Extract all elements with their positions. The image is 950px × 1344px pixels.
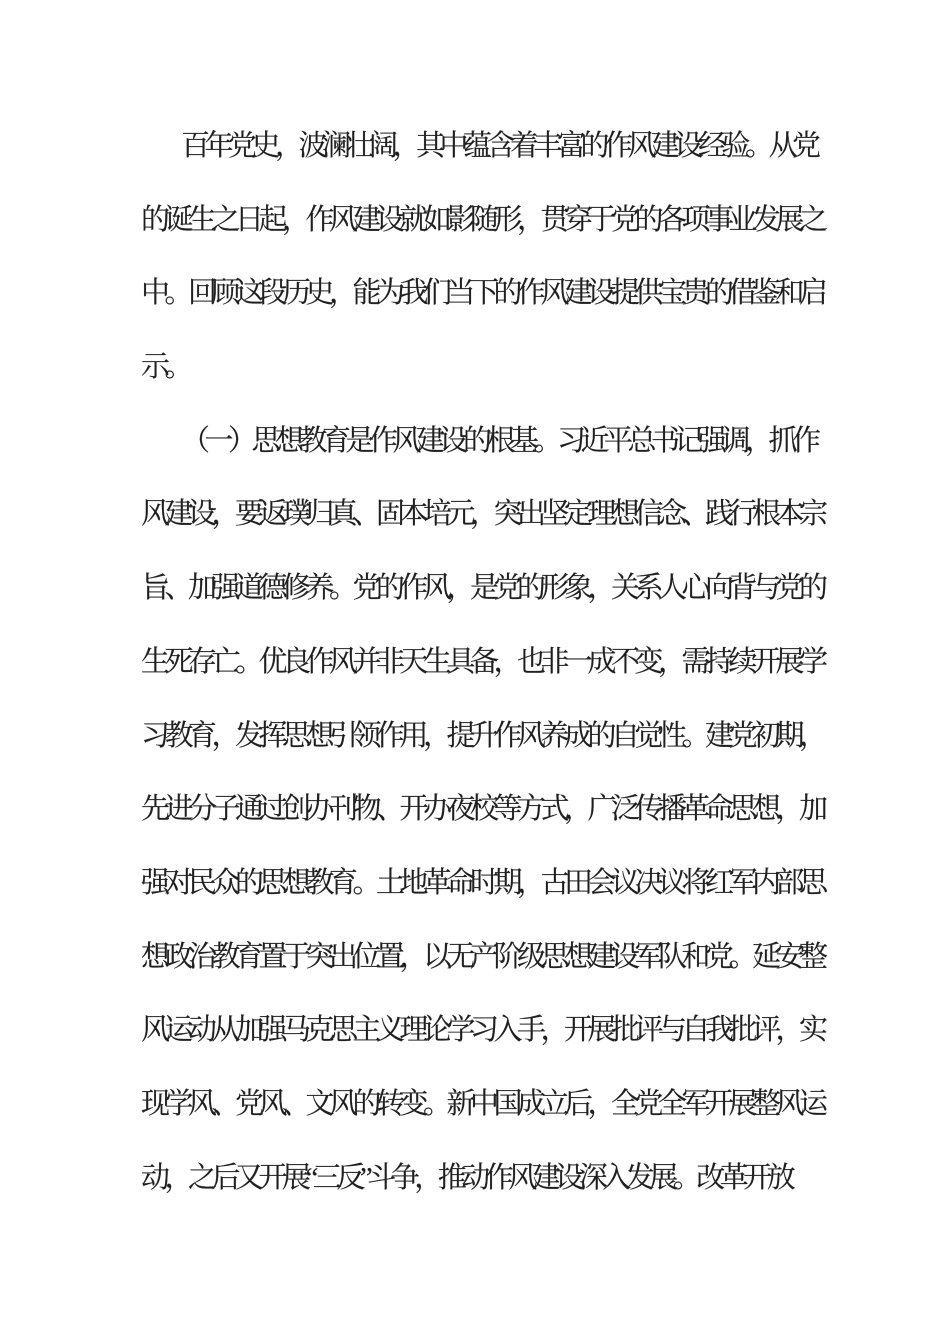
text-line: 风运动从加强马克思主义理论学习入手，开展批评与自我批评，实 [141,994,841,1068]
text-line: 生死存亡。优良作风并非天生具备，也非一成不变，需持续开展学 [141,626,841,700]
text-line: 百年党史，波澜壮阔，其中蕴含着丰富的作风建设经验。从党 [141,110,841,184]
text-line: 旨、加强道德修养。党的作风，是党的形象，关系人心向背与党的 [141,552,841,626]
text-line: 现学风、党风、文风的转变。新中国成立后，全党全军开展整风运 [141,1068,841,1142]
text-line: 先进分子通过创办刊物、开办夜校等方式，广泛传播革命思想，加 [141,773,841,847]
document-text-body: 百年党史，波澜壮阔，其中蕴含着丰富的作风建设经验。从党 的诞生之日起，作风建设就… [141,110,841,1215]
text-line: 习教育，发挥思想引领作用，提升作风养成的自觉性。建党初期， [141,700,841,774]
paragraph: 百年党史，波澜壮阔，其中蕴含着丰富的作风建设经验。从党 的诞生之日起，作风建设就… [141,110,841,405]
text-line: 动，之后又开展“三反”斗争，推动作风建设深入发展。改革开放 [141,1142,841,1216]
text-line: 的诞生之日起，作风建设就如影随形，贯穿于党的各项事业发展之 [141,184,841,258]
text-line: 风建设，要返璞归真、固本培元，突出坚定理想信念、践行根本宗 [141,478,841,552]
text-line: （一）思想教育是作风建设的根基。习近平总书记强调，抓作 [141,405,841,479]
text-line: 想政治教育置于突出位置，以无产阶级思想建设军队和党。延安整 [141,921,841,995]
text-line: 强对民众的思想教育。土地革命时期，古田会议决议将红军内部思 [141,847,841,921]
text-line: 示。 [141,331,841,405]
document-page: 百年党史，波澜壮阔，其中蕴含着丰富的作风建设经验。从党 的诞生之日起，作风建设就… [0,0,950,1344]
paragraph: （一）思想教育是作风建设的根基。习近平总书记强调，抓作 风建设，要返璞归真、固本… [141,405,841,1216]
text-line: 中。回顾这段历史，能为我们当下的作风建设提供宝贵的借鉴和启 [141,257,841,331]
